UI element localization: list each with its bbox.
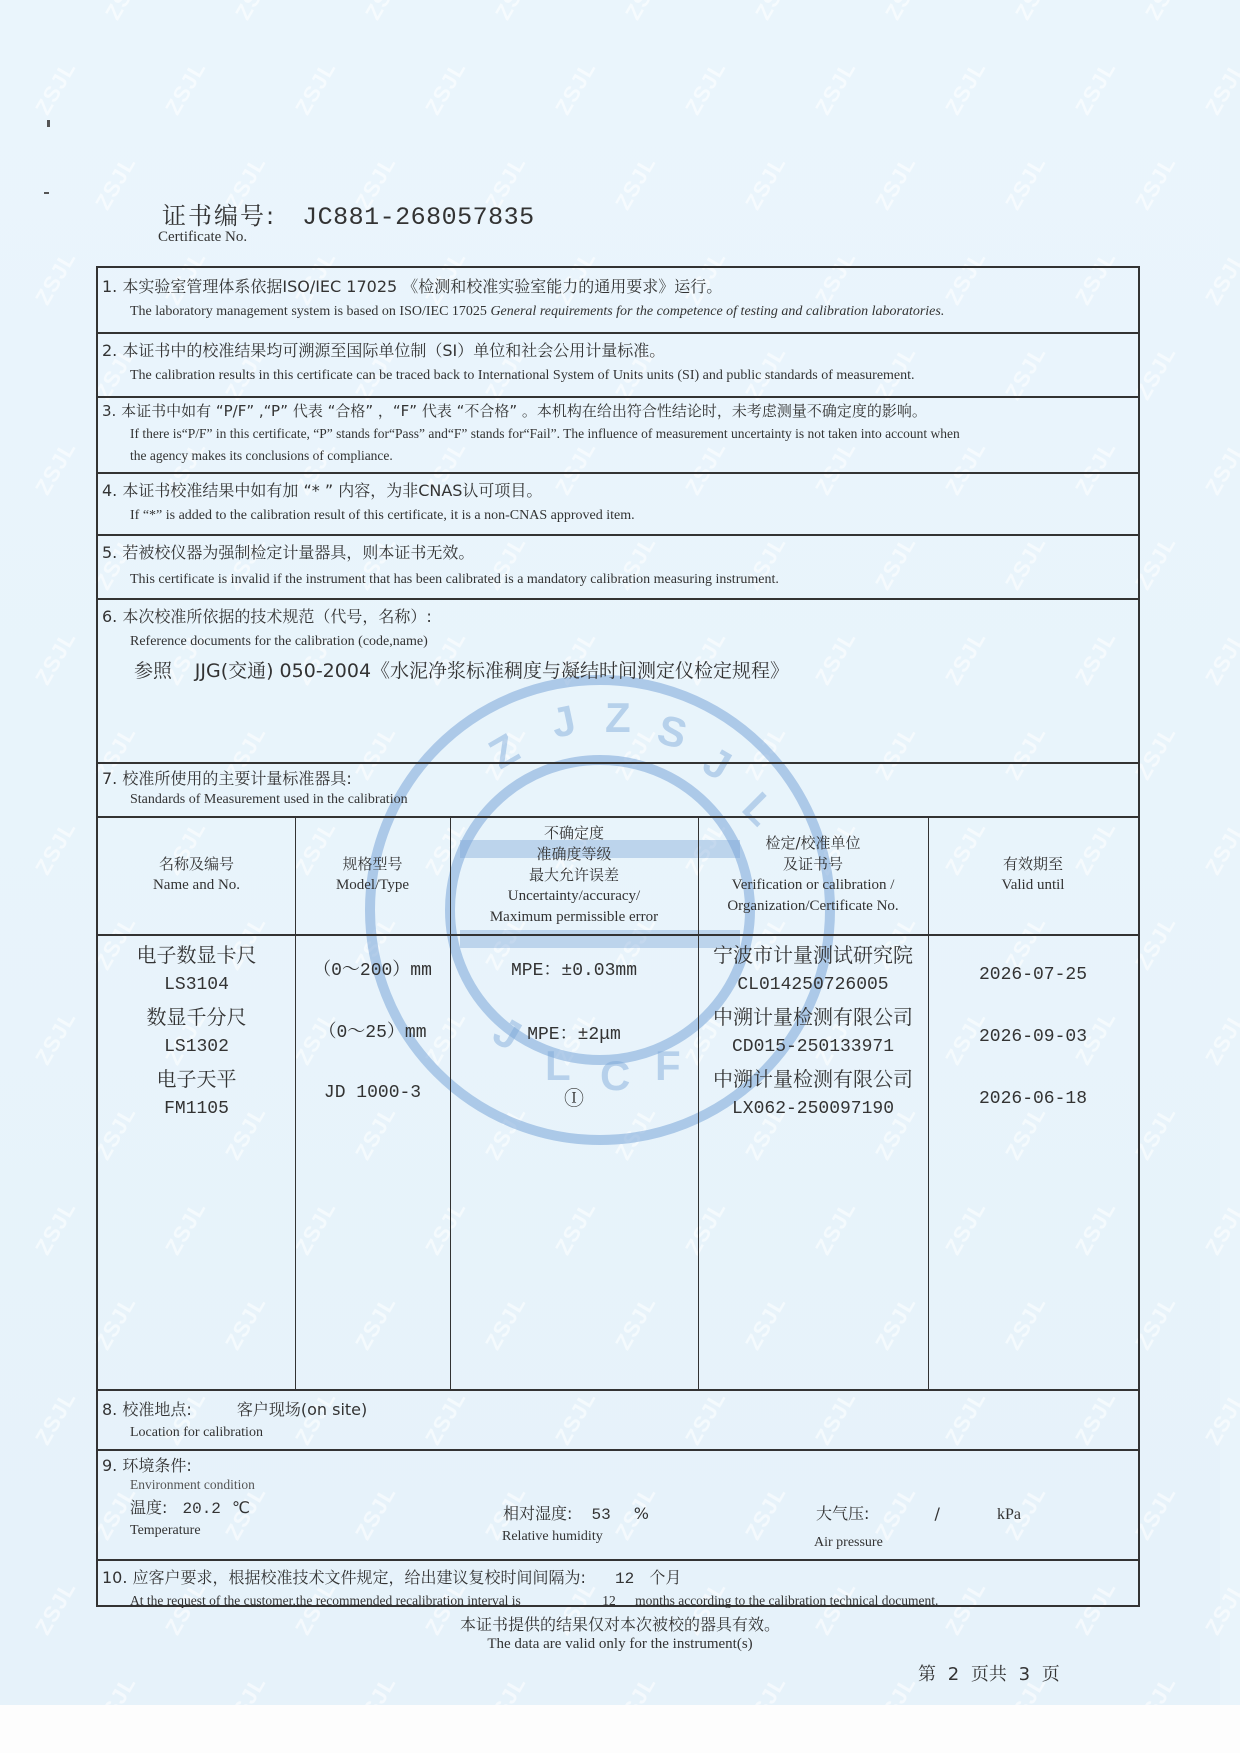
header-organization: 检定/校准单位 及证书号 Verification or calibration… [698,816,928,934]
header-name: 名称及编号 Name and No. [98,816,295,934]
section-3-en-2: the agency makes its conclusions of comp… [130,448,393,464]
reference-document: 参照 JJG(交通) 050-2004《水泥净浆标准稠度与凝结时间测定仪检定规程… [134,656,789,683]
validity-note-en: The data are valid only for the instrume… [0,1636,1240,1653]
watermark-text: ZSJL [31,1006,82,1069]
watermark-text: ZSJL [751,0,802,25]
section-5: 5. 若被校仪器为强制检定计量器具，则本证书无效。 This certifica… [98,534,1138,600]
watermark-text: ZSJL [1201,436,1240,499]
section-5-en: This certificate is invalid if the instr… [130,572,779,588]
watermark-text: ZSJL [871,151,922,214]
section-10-en: At the request of the customer,the recom… [130,1593,938,1609]
section-2-en: The calibration results in this certific… [130,368,915,384]
watermark-text: ZSJL [161,56,212,119]
certificate-number-label-en: Certificate No. [158,229,247,246]
scan-mark [44,192,49,194]
watermark-text: ZSJL [31,1196,82,1259]
section-9-en: Environment condition [130,1477,255,1493]
watermark-text: ZSJL [551,56,602,119]
watermark-text: ZSJL [1141,0,1192,25]
certificate-number: JC881-268057835 [302,203,535,232]
watermark-text: ZSJL [1071,56,1122,119]
header-uncertainty: 不确定度 准确度等级 最大允许误差 Uncertainty/accuracy/ … [450,816,698,934]
section-2: 2. 本证书中的校准结果均可溯源至国际单位制（SI）单位和社会公用计量标准。 T… [98,332,1138,398]
watermark-text: ZSJL [741,151,792,214]
watermark-text: ZSJL [91,151,142,214]
watermark-text: ZSJL [1201,56,1240,119]
section-9: 9. 环境条件: Environment condition 温度: 20.2 … [98,1449,1138,1561]
section-9-zh: 9. 环境条件: [102,1453,192,1476]
certificate-frame: 1. 本实验室管理体系依据ISO/IEC 17025 《检测和校准实验室能力的通… [96,266,1140,1607]
section-4: 4. 本证书校准结果中如有加 “* ” 内容，为非CNAS认可项目。 If “*… [98,472,1138,536]
air-pressure: 大气压: / kPa [816,1501,1021,1524]
watermark-text: ZSJL [1201,1006,1240,1069]
pressure-label-en: Air pressure [814,1535,883,1551]
watermark-text: ZSJL [1201,1386,1240,1449]
watermark-text: ZSJL [291,56,342,119]
section-4-zh: 4. 本证书校准结果中如有加 “* ” 内容，为非CNAS认可项目。 [102,478,542,501]
watermark-text: ZSJL [491,0,542,25]
section-3-en: If there is“P/F” in this certificate, “P… [130,426,960,442]
watermark-text: ZSJL [681,56,732,119]
temperature: 温度: 20.2 ℃ [130,1495,250,1518]
section-7: 7. 校准所使用的主要计量标准器具: Standards of Measurem… [98,762,1138,818]
watermark-text: ZSJL [31,436,82,499]
watermark-text: ZSJL [1201,1196,1240,1259]
watermark-text: ZSJL [881,0,932,25]
section-8: 8. 校准地点: 客户现场(on site) Location for cali… [98,1389,1138,1451]
section-4-en: If “*” is added to the calibration resul… [130,508,635,524]
watermark-text: ZSJL [31,1386,82,1449]
watermark-text: ZSJL [361,0,412,25]
section-10-zh: 10. 应客户要求，根据校准技术文件规定，给出建议复校时间间隔为: 12 个月 [102,1565,681,1588]
section-8-en: Location for calibration [130,1425,263,1441]
watermark-text: ZSJL [621,0,672,25]
relative-humidity: 相对湿度: 53 % [503,1501,649,1524]
watermark-text: ZSJL [811,56,862,119]
certificate-number-line: 证书编号:JC881-268057835 [162,196,535,232]
watermark-text: ZSJL [1201,816,1240,879]
watermark-text: ZSJL [1201,626,1240,689]
section-10: 10. 应客户要求，根据校准技术文件规定，给出建议复校时间间隔为: 12 个月 … [98,1559,1138,1609]
watermark-text: ZSJL [1011,0,1062,25]
watermark-text: ZSJL [31,626,82,689]
section-6-zh: 6. 本次校准所依据的技术规范（代号，名称）: [102,604,432,627]
watermark-text: ZSJL [1001,151,1052,214]
humidity-label-en: Relative humidity [502,1529,603,1545]
watermark-text: ZSJL [101,0,152,25]
watermark-text: ZSJL [31,816,82,879]
watermark-text: ZSJL [0,0,22,25]
validity-note-zh: 本证书提供的结果仅对本次被校的器具有效。 [0,1612,1240,1635]
section-8-zh: 8. 校准地点: 客户现场(on site) [102,1397,367,1420]
scan-mark [47,120,50,127]
watermark-text: ZSJL [31,246,82,309]
watermark-text: ZSJL [1201,246,1240,309]
page-number: 第 2 页共 3 页 [918,1660,1060,1686]
section-1-en: The laboratory management system is base… [130,304,944,320]
standards-table: 名称及编号 Name and No. 规格型号 Model/Type 不确定度 … [98,816,1138,1391]
certificate-number-label: 证书编号: [162,202,276,230]
watermark-text: ZSJL [941,56,992,119]
section-5-zh: 5. 若被校仪器为强制检定计量器具，则本证书无效。 [102,540,474,563]
section-7-zh: 7. 校准所使用的主要计量标准器具: [102,766,352,789]
section-1-zh: 1. 本实验室管理体系依据ISO/IEC 17025 《检测和校准实验室能力的通… [102,274,722,297]
watermark-text: ZSJL [421,56,472,119]
watermark-text: ZSJL [31,56,82,119]
watermark-text: ZSJL [611,151,662,214]
watermark-text: ZSJL [1131,151,1182,214]
header-valid-until: 有效期至 Valid until [928,816,1138,934]
section-6-en: Reference documents for the calibration … [130,634,428,650]
calibration-location: 客户现场(on site) [237,1400,367,1419]
recalibration-interval: 12 [615,1570,634,1588]
section-7-en: Standards of Measurement used in the cal… [130,792,408,808]
scan-margin [0,1705,1240,1753]
temperature-label-en: Temperature [130,1523,201,1539]
section-1: 1. 本实验室管理体系依据ISO/IEC 17025 《检测和校准实验室能力的通… [98,268,1138,334]
header-model: 规格型号 Model/Type [295,816,450,934]
watermark-text: ZSJL [231,0,282,25]
section-3-zh: 3. 本证书中如有 “P/F” ,“P” 代表 “合格” ，“F” 代表 “不合… [102,400,927,421]
section-3: 3. 本证书中如有 “P/F” ,“P” 代表 “合格” ，“F” 代表 “不合… [98,396,1138,474]
section-6: 6. 本次校准所依据的技术规范（代号，名称）: Reference docume… [98,598,1138,764]
section-2-zh: 2. 本证书中的校准结果均可溯源至国际单位制（SI）单位和社会公用计量标准。 [102,338,665,361]
